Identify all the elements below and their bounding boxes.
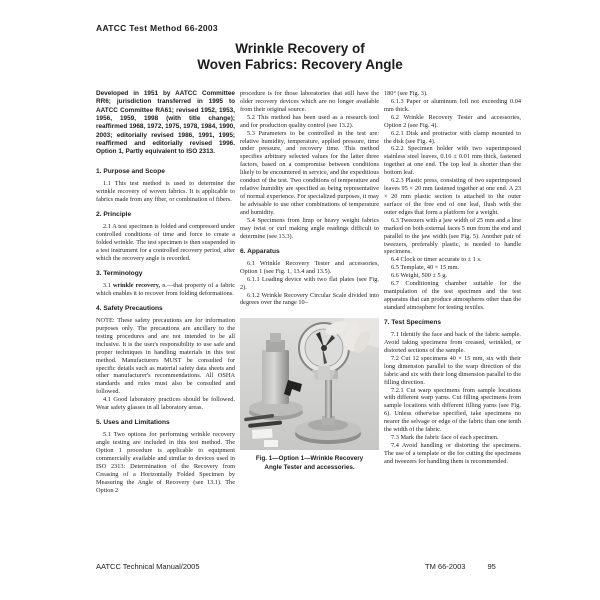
para-5-4: 5.4 Specimens from limp or heavy weight … [240,217,379,241]
para-7-2: 7.2 Cut 12 specimens 40 × 15 mm, six wit… [384,355,521,387]
column-3: 180° (see Fig. 3). 6.1.3 Paper or alumin… [384,90,521,466]
footer-tm-number: TM 66-2003 [425,562,465,571]
section-6-heading: 6. Apparatus [240,248,379,256]
figure-1-caption-line-2: Angle Tester and accessories. [240,464,379,473]
para-6-1-2: 6.1.2 Wrinkle Recovery Circular Scale di… [240,292,379,308]
para-7-3: 7.3 Mark the fabric face of each specime… [384,434,521,442]
para-6-1-2-continued: 180° (see Fig. 3). [384,90,521,98]
para-7-2-1: 7.2.1 Cut warp specimens from sample loc… [384,387,521,435]
para-4-1: 4.1 Good laboratory practices should be … [96,396,235,412]
figure-1-caption-line-1: Fig. 1—Option 1—Wrinkle Recovery [240,455,379,464]
para-6-2: 6.2 Wrinkle Recovery Tester and accessor… [384,114,521,130]
para-6-4: 6.4 Clock or timer accurate to ± 1 s. [384,256,521,264]
document-page: AATCC Test Method 66-2003 Wrinkle Recove… [0,0,600,600]
section-3-heading: 3. Terminology [96,270,235,278]
page-title: Wrinkle Recovery of Woven Fabrics: Recov… [0,41,600,73]
para-1-1: 1.1 This test method is used to determin… [96,180,235,204]
footer-manual-name: AATCC Technical Manual/2005 [96,562,200,571]
para-6-1-3: 6.1.3 Paper or aluminum foil not exceedi… [384,98,521,114]
column-2: procedure is for those laboratories that… [240,90,379,472]
para-6-2-3: 6.2.3 Plastic press, consisting of two s… [384,177,521,217]
para-7-4: 7.4 Avoid handling or distorting the spe… [384,442,521,466]
title-line-1: Wrinkle Recovery of [0,41,600,57]
footer-page-number: 95 [487,562,495,571]
section-4-heading: 4. Safety Precautions [96,305,235,313]
para-6-1: 6.1 Wrinkle Recovery Tester and accessor… [240,260,379,276]
para-6-2-2: 6.2.2 Specimen holder with two superimpo… [384,145,521,177]
figure-1-photo [240,318,379,450]
title-line-2: Woven Fabrics: Recovery Angle [0,57,600,73]
section-1-heading: 1. Purpose and Scope [96,168,235,176]
history-note: Developed in 1951 by AATCC Committee RR6… [96,90,235,157]
para-6-5: 6.5 Template, 40 × 15 mm. [384,264,521,272]
para-5-1-continued: procedure is for those laboratories that… [240,90,379,114]
para-6-2-1: 6.2.1 Disk and protractor with clamp mou… [384,130,521,146]
para-6-6: 6.6 Weight, 500 ± 5 g. [384,272,521,280]
para-6-1-1: 6.1.1 Loading device with two flat plate… [240,276,379,292]
footer-right: TM 66-2003 95 [425,562,496,571]
safety-note: NOTE: These safety precautions are for i… [96,317,235,396]
figure-1-caption: Fig. 1—Option 1—Wrinkle Recovery Angle T… [240,455,379,472]
para-7-1: 7.1 Identify the face and back of the fa… [384,331,521,355]
para-3-1: 3.1 wrinkle recovery, n.—that property o… [96,282,235,298]
doc-header: AATCC Test Method 66-2003 [96,23,218,33]
para-6-3: 6.3 Tweezers with a jaw width of 25 mm a… [384,217,521,257]
para-5-1: 5.1 Two options for performing wrinkle r… [96,431,235,494]
para-3-1-term: wrinkle recovery, [113,282,160,289]
para-3-1-lead: 3.1 [103,282,113,289]
para-2-1: 2.1 A test specimen is folded and compre… [96,223,235,263]
column-1: Developed in 1951 by AATCC Committee RR6… [96,90,235,495]
section-7-heading: 7. Test Specimens [384,319,521,327]
para-5-2: 5.2 This method has been used as a resea… [240,114,379,130]
section-2-heading: 2. Principle [96,211,235,219]
para-6-7: 6.7 Conditioning chamber suitable for th… [384,280,521,312]
para-5-3: 5.3 Parameters to be controlled in the t… [240,130,379,217]
section-5-heading: 5. Uses and Limitations [96,419,235,427]
